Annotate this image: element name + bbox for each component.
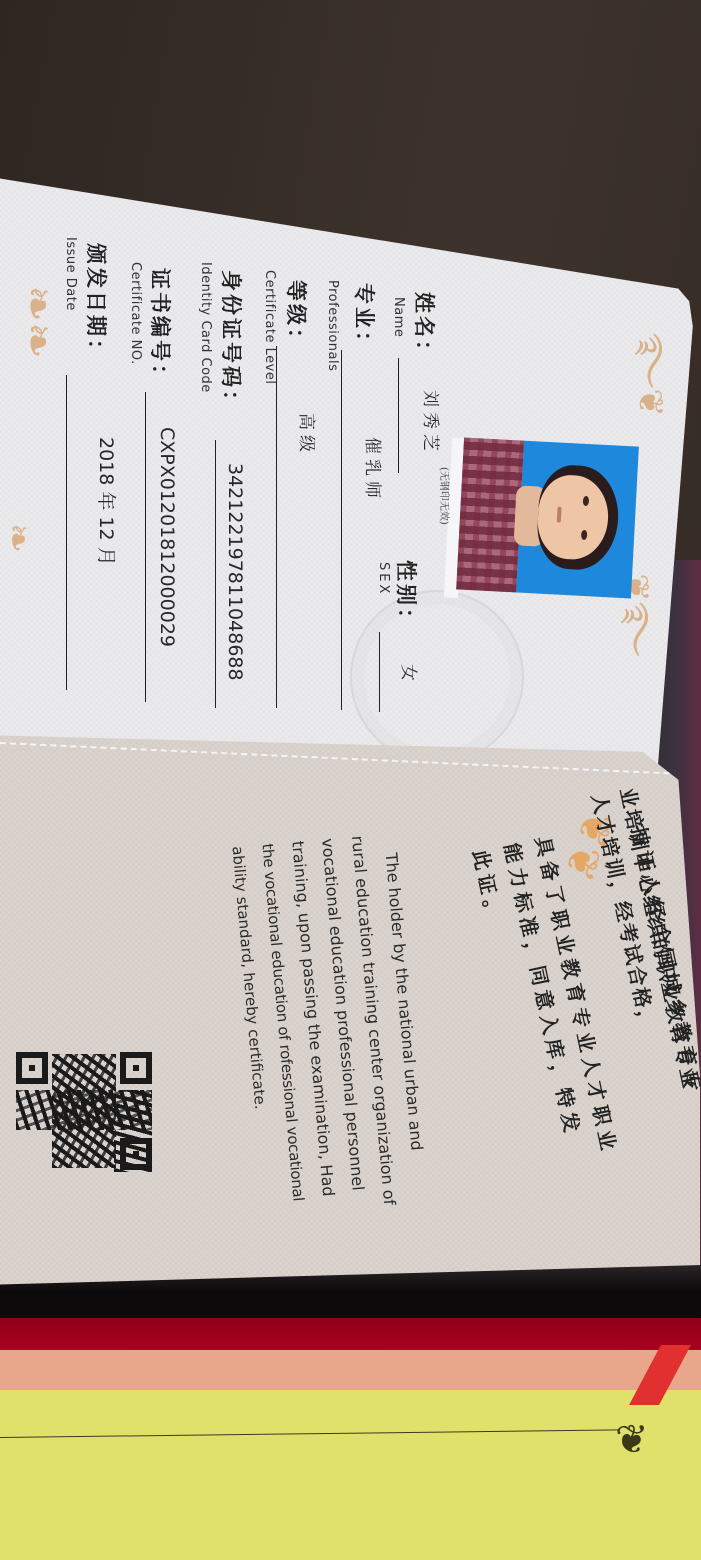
red-cover <box>0 1318 701 1354</box>
ornament-icon: ࿐❦ <box>633 333 667 417</box>
yellow-paper <box>0 1390 701 1560</box>
sex-underline <box>379 632 380 712</box>
profession-label: 专业： <box>350 283 380 355</box>
certificate-number-underline <box>145 392 146 702</box>
issue-date-underline <box>66 375 67 690</box>
level-value: 高级 <box>296 413 321 457</box>
qr-code[interactable] <box>14 1050 154 1172</box>
corner-ornament-icon: ❦ <box>615 1420 701 1500</box>
level-label: 等级： <box>282 280 312 352</box>
sex-label-en: SEX <box>376 562 391 596</box>
issue-date-label: 颁发日期： <box>82 243 112 363</box>
qr-finder-icon <box>16 1052 48 1084</box>
id-underline <box>215 440 216 708</box>
id-photo <box>456 438 639 599</box>
statement-en-block: The holder by the national urban and rur… <box>181 830 450 1190</box>
name-label-en: Name <box>391 297 406 337</box>
certificate-number-value: CXPX01201812000029 <box>156 427 178 647</box>
profession-underline <box>341 350 342 710</box>
level-label-en: Certificate Level <box>262 270 277 384</box>
sex-label: 性别： <box>392 560 422 632</box>
qr-finder-icon <box>120 1052 152 1084</box>
salmon-paper <box>0 1350 701 1395</box>
photo-note: (无钢印无效) <box>438 467 453 525</box>
ornament-icon: ❧ <box>0 523 35 553</box>
name-value: 刘秀芝 <box>420 390 445 456</box>
ornament-icon: ❧❧ <box>15 285 59 359</box>
certificate-number-label: 证书编号： <box>146 268 176 388</box>
profession-label-en: Professionals <box>325 280 340 371</box>
level-underline <box>276 346 277 708</box>
id-value: 342122197811048688 <box>224 463 246 681</box>
id-label-en: Identity Card Code <box>198 262 213 393</box>
name-underline <box>398 358 399 473</box>
issue-date-label-en: Issue Date <box>63 237 78 311</box>
id-label: 身份证号码： <box>217 270 247 414</box>
issue-date-value: 2018 年 12 月 <box>94 437 121 566</box>
certificate-number-label-en: Certificate NO. <box>128 262 143 365</box>
embossed-seal <box>350 590 524 764</box>
profession-value: 催乳师 <box>362 437 387 503</box>
sex-value: 女 <box>398 664 423 686</box>
name-label: 姓名： <box>410 292 440 364</box>
